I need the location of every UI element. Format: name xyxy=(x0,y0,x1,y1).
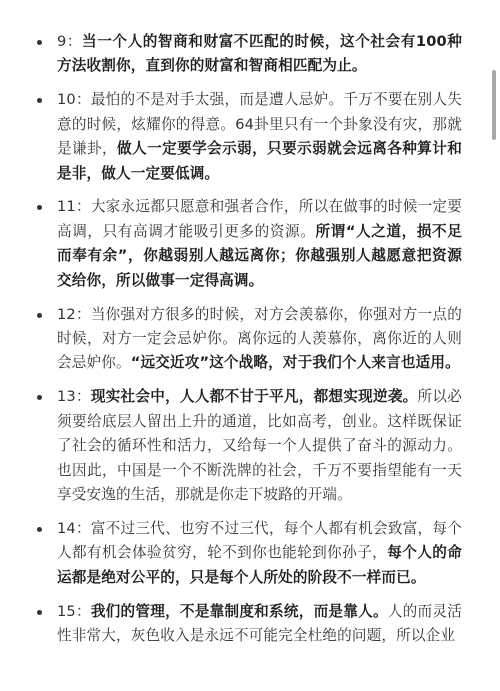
list-item-14: 14：富不过三代、也穷不过三代，每个人都有机会致富，每个人都有机会体验贫穷，轮不… xyxy=(37,517,462,590)
item-text-bold: “远交近攻”这个战略，对于我们个人来言也适用。 xyxy=(131,354,460,371)
list-item-12: 12：当你强对方很多的时候，对方会羡慕你，你强对方一点的时候，对方一定会忌妒你。… xyxy=(37,303,462,376)
item-text-bold: 现实社会中，人人都不甘于平凡，都想实现逆袭。 xyxy=(91,388,418,405)
list-item-9: 9：当一个人的智商和财富不匹配的时候，这个社会有100种方法收割你，直到你的财富… xyxy=(37,30,462,79)
list-item-10: 10：最怕的不是对手太强，而是遭人忌妒。千万不要在别人失意的时候，炫耀你的得意。… xyxy=(37,88,462,186)
vertical-scrollbar-thumb[interactable] xyxy=(492,70,496,140)
item-text-normal: 所以必须要给底层人留出上升的通道，比如高考，创业。这样既保证了社会的循环性和活力… xyxy=(57,388,462,503)
item-text-normal: 15： xyxy=(57,603,91,620)
list-item-13: 13：现实社会中，人人都不甘于平凡，都想实现逆袭。所以必须要给底层人留出上升的通… xyxy=(37,385,462,507)
bullet-icon xyxy=(37,395,42,400)
bullet-icon xyxy=(37,527,42,532)
bullet-icon xyxy=(37,98,42,103)
bullet-icon xyxy=(37,205,42,210)
bullet-icon xyxy=(37,313,42,318)
item-text-bold: 我们的管理，不是靠制度和系统，而是靠人。 xyxy=(91,603,388,620)
list-item-15: 15：我们的管理，不是靠制度和系统，而是靠人。人的而灵活性非常大，灰色收入是永远… xyxy=(37,600,462,649)
list-item-11: 11：大家永远都只愿意和强者合作，所以在做事的时候一定要高调，只有高调才能吸引更… xyxy=(37,195,462,293)
numbered-tips-list: 9：当一个人的智商和财富不匹配的时候，这个社会有100种方法收割你，直到你的财富… xyxy=(0,30,462,648)
item-text-normal: 13： xyxy=(57,388,91,405)
bullet-icon xyxy=(37,610,42,615)
bullet-icon xyxy=(37,40,42,45)
item-text-bold: 做人一定要学会示弱，只要示弱就会远离各种算计和是非，做人一定要低调。 xyxy=(57,140,462,181)
item-text-bold: 当一个人的智商和财富不匹配的时候，这个社会有100种方法收割你，直到你的财富和智… xyxy=(57,33,462,74)
article-content: 9：当一个人的智商和财富不匹配的时候，这个社会有100种方法收割你，直到你的财富… xyxy=(0,30,500,658)
item-text-normal: 9： xyxy=(57,33,82,50)
